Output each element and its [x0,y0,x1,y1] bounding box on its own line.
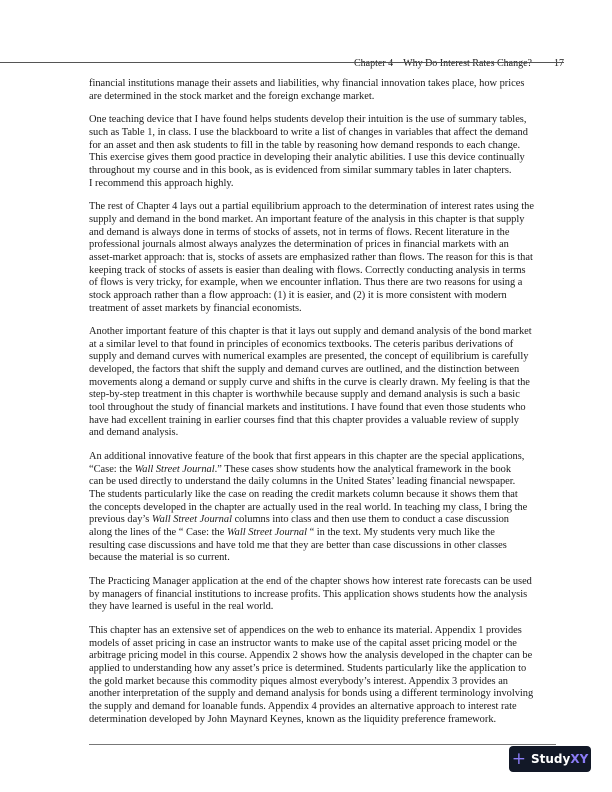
chapter-title: Why Do Interest Rates Change? [403,58,532,69]
text-line: the supply and demand for loanable funds… [89,701,555,714]
text-line: Another important feature of this chapte… [89,326,555,339]
text-line: by managers of financial institutions to… [89,589,555,602]
page-header: Chapter 4Why Do Interest Rates Change?17 [0,0,612,70]
text-line: movements along a demand or supply curve… [89,377,555,390]
text-line: determination developed by John Maynard … [89,714,555,727]
text-line: The students particularly like the case … [89,489,555,502]
text-line: along the lines of the “ Case: the Wall … [89,527,555,540]
text-line: The rest of Chapter 4 lays out a partial… [89,201,555,214]
text-line: This exercise gives them good practice i… [89,152,555,165]
text-line: they have learned is useful in the real … [89,601,555,614]
publication-title: Wall Street Journal [135,464,215,475]
text-line: supply and demand curves with numerical … [89,351,555,364]
paragraph: The rest of Chapter 4 lays out a partial… [89,201,555,315]
brand-prefix: Study [531,752,570,766]
text-line: throughout my course and in this book, a… [89,165,555,178]
paragraph: financial institutions manage their asse… [89,78,555,103]
text-line: the concepts developed in the chapter ar… [89,502,555,515]
text-line: have had excellent training in earlier c… [89,415,555,428]
brand-suffix: XY [570,752,588,766]
text-line: such as Table 1, in class. I use the bla… [89,127,555,140]
text-line: One teaching device that I have found he… [89,114,555,127]
text-line: previous day’s Wall Street Journal colum… [89,514,555,527]
text-line: applied to understanding how any asset’s… [89,663,555,676]
publication-title: Wall Street Journal [227,527,307,538]
text-line: financial institutions manage their asse… [89,78,555,91]
text-line: professional journals almost always anal… [89,239,555,252]
text-line: supply and demand in the bond market. An… [89,214,555,227]
text-line: An additional innovative feature of the … [89,451,555,464]
text-line: models of asset pricing in case an instr… [89,638,555,651]
text-line: the gold market because this commodity p… [89,676,555,689]
text-line: for an asset and then ask students to fi… [89,140,555,153]
chapter-label: Chapter 4 [354,58,393,69]
paragraph: Another important feature of this chapte… [89,326,555,440]
text-line: asset-market approach: that is, stocks o… [89,252,555,265]
text-line: The Practicing Manager application at th… [89,576,555,589]
paragraph: One teaching device that I have found he… [89,114,555,190]
text-line: at a similar level to that found in prin… [89,339,555,352]
text-line: developed, the factors that shift the su… [89,364,555,377]
text-line: stock approach rather than a flow approa… [89,290,555,303]
text-line: can be used directly to understand the d… [89,476,555,489]
header-divider [0,62,564,63]
paragraph: The Practicing Manager application at th… [89,576,555,614]
text-line: step-by-step treatment in this chapter i… [89,389,555,402]
page-number: 17 [554,58,564,69]
running-head: Chapter 4Why Do Interest Rates Change?17 [344,47,564,80]
text-line: another interpretation of the supply and… [89,688,555,701]
text-line: treatment of asset markets by financial … [89,303,555,316]
text-line: and demand is always done in terms of st… [89,227,555,240]
text-line: of flows is very tricky, for example, wh… [89,277,555,290]
text-line: tool throughout the study of financial m… [89,402,555,415]
studyxy-badge[interactable]: + StudyXY [509,746,591,772]
paragraph: An additional innovative feature of the … [89,451,555,565]
text-line: I recommend this approach highly. [89,178,555,191]
text-line: and demand analysis. [89,427,555,440]
text-line: arbitrage pricing model in this course. … [89,650,555,663]
publication-title: Wall Street Journal [152,514,232,525]
text-line: “Case: the Wall Street Journal.” These c… [89,464,555,477]
text-line: because the material is so current. [89,552,555,565]
text-line: keeping track of stocks of assets is eas… [89,265,555,278]
footer-divider [89,744,556,745]
paragraph: This chapter has an extensive set of app… [89,625,555,726]
plus-icon: + [512,751,526,768]
text-line: are determined in the stock market and t… [89,91,555,104]
text-line: This chapter has an extensive set of app… [89,625,555,638]
body-text: financial institutions manage their asse… [89,78,555,737]
text-line: resulting case discussions and have told… [89,540,555,553]
